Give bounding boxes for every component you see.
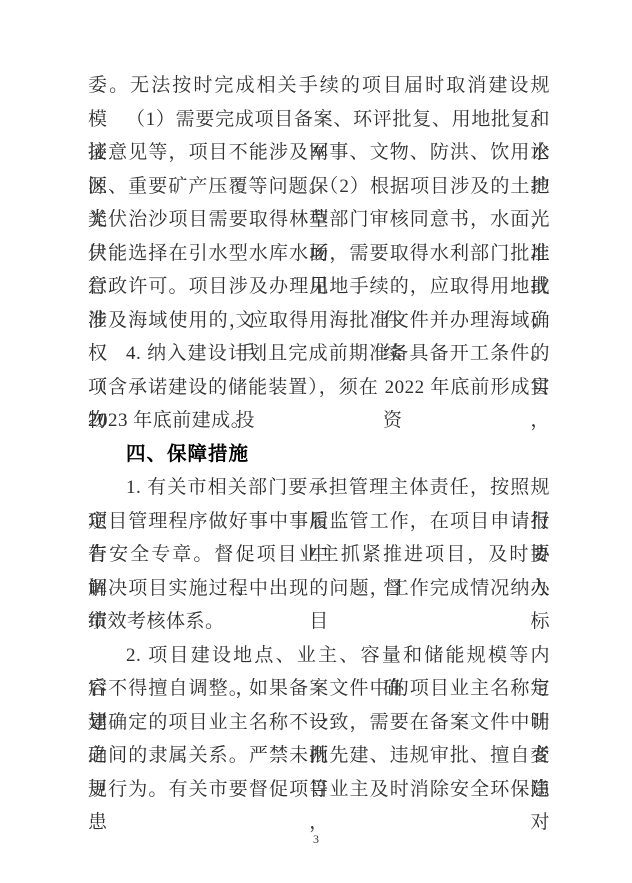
text-line: 区、重要矿产压覆等问题。（2）根据项目涉及的土地类型， [88, 170, 550, 204]
text-line: 后不得擅自调整。如果备案文件中的项目业主名称与建设计 [88, 672, 550, 706]
page-number: 3 [0, 832, 632, 847]
text-line: 之间的隶属关系。严禁未批先建、违规审批、擅自变更等违 [88, 739, 550, 773]
text-line: （含承诺建设的储能装置），须在 2022 年底前形成实物投资， [88, 371, 550, 405]
text-line: 证意见等，项目不能涉及军事、文物、防洪、饮用水源保护 [88, 136, 550, 170]
document-body: 委。无法按时完成相关手续的项目届时取消建设规模。（1）需要完成项目备案、环评批复… [88, 69, 550, 806]
text-line: 行政许可。项目涉及办理用地手续的，应取得用地批准文件； [88, 270, 550, 304]
text-line: 光伏治沙项目需要取得林草部门审核同意书，水面光伏场址 [88, 203, 550, 237]
text-line: 有安全专章。督促项目业主抓紧推进项目，及时协调、督办 [88, 538, 550, 572]
text-line: 涉及海域使用的，应取得用海批准文件并办理海域确权手续。 [88, 304, 550, 338]
text-line: 项目管理程序做好事中事后监管工作，在项目申请报告中要 [88, 505, 550, 539]
text-line: （1）需要完成项目备案、环评批复、用地批复和接网论 [88, 103, 550, 137]
text-line: 只能选择在引水型水库水面，需要取得水利部门批准意见或 [88, 237, 550, 271]
text-line: 2. 项目建设地点、业主、容量和储能规模等内容，确定 [88, 639, 550, 673]
section-heading: 四、保障措施 [88, 438, 550, 472]
text-line: 划确定的项目业主名称不一致，需要在备案文件中明确两者 [88, 706, 550, 740]
text-line: 1. 有关市相关部门要承担管理主体责任，按照规定履行 [88, 471, 550, 505]
text-line: 委。无法按时完成相关手续的项目届时取消建设规模。 [88, 69, 550, 103]
text-line: 4. 纳入建设计划且完成前期准备具备开工条件的项目 [88, 337, 550, 371]
text-line: 解决项目实施过程中出现的问题，工作完成情况纳入市目标 [88, 572, 550, 606]
text-line: 规行为。有关市要督促项目业主及时消除安全环保隐患，对 [88, 773, 550, 807]
document-page: 委。无法按时完成相关手续的项目届时取消建设规模。（1）需要完成项目备案、环评批复… [0, 0, 632, 883]
